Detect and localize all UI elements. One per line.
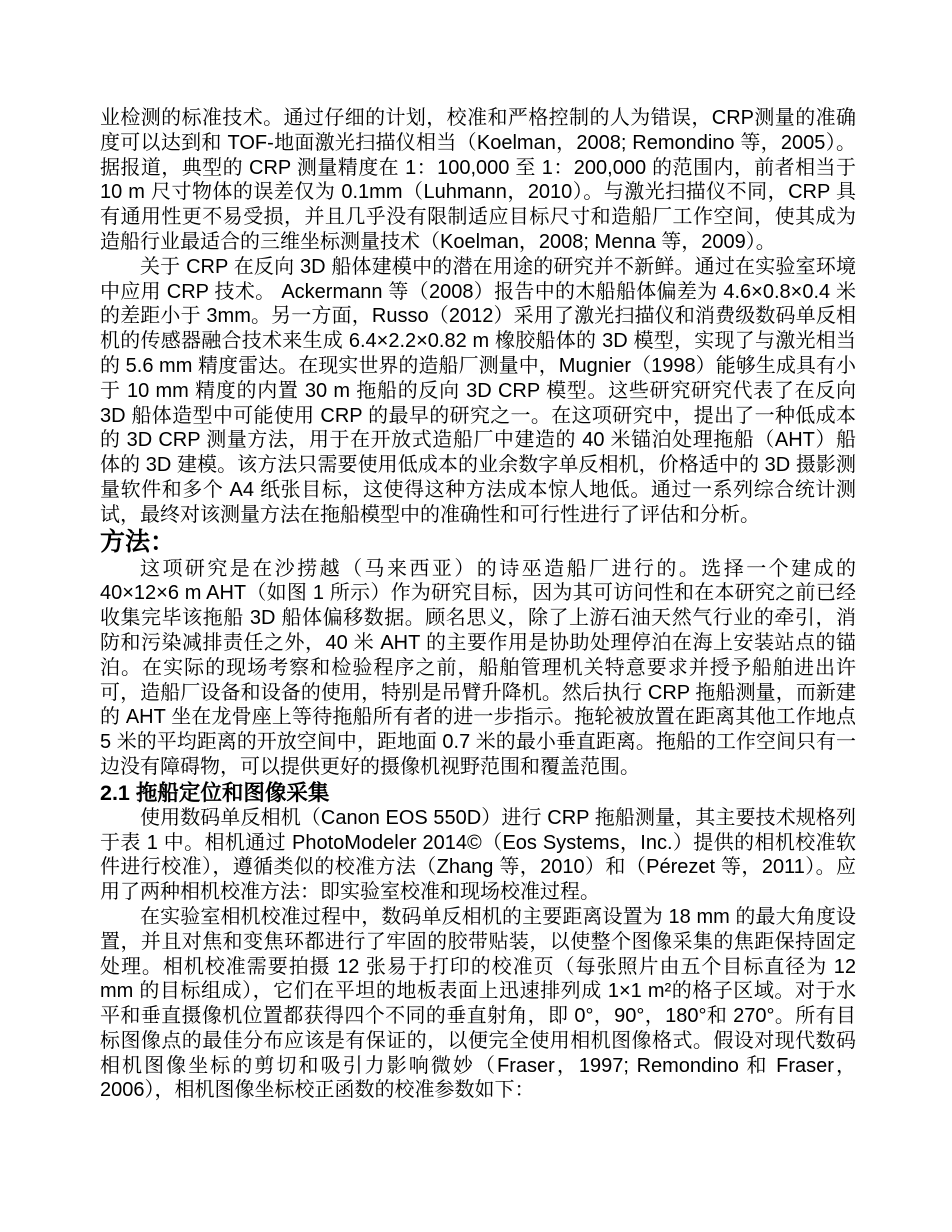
paragraph-camera-specs: 使用数码单反相机（Canon EOS 550D）进行 CRP 拖船测量，其主要技… (100, 806, 856, 905)
document-page: 业检测的标准技术。通过仔细的计划，校准和严格控制的人为错误，CRP测量的准确度可… (0, 0, 952, 1232)
paragraph-intro-continuation: 业检测的标准技术。通过仔细的计划，校准和严格控制的人为错误，CRP测量的准确度可… (100, 106, 856, 255)
paragraph-lab-calibration: 在实验室相机校准过程中，数码单反相机的主要距离设置为 18 mm 的最大角度设置… (100, 905, 856, 1103)
section-heading-methods: 方法： (100, 528, 856, 557)
paragraph-study-site: 这项研究是在沙捞越（马来西亚）的诗巫造船厂进行的。选择一个建成的 40×12×6… (100, 557, 856, 780)
subsection-heading-2-1-tug-positioning: 2.1 拖船定位和图像采集 (100, 780, 856, 806)
document-text-column: 业检测的标准技术。通过仔细的计划，校准和严格控制的人为错误，CRP测量的准确度可… (100, 106, 856, 1103)
paragraph-prior-research: 关于 CRP 在反向 3D 船体建模中的潜在用途的研究并不新鲜。通过在实验室环境… (100, 255, 856, 528)
